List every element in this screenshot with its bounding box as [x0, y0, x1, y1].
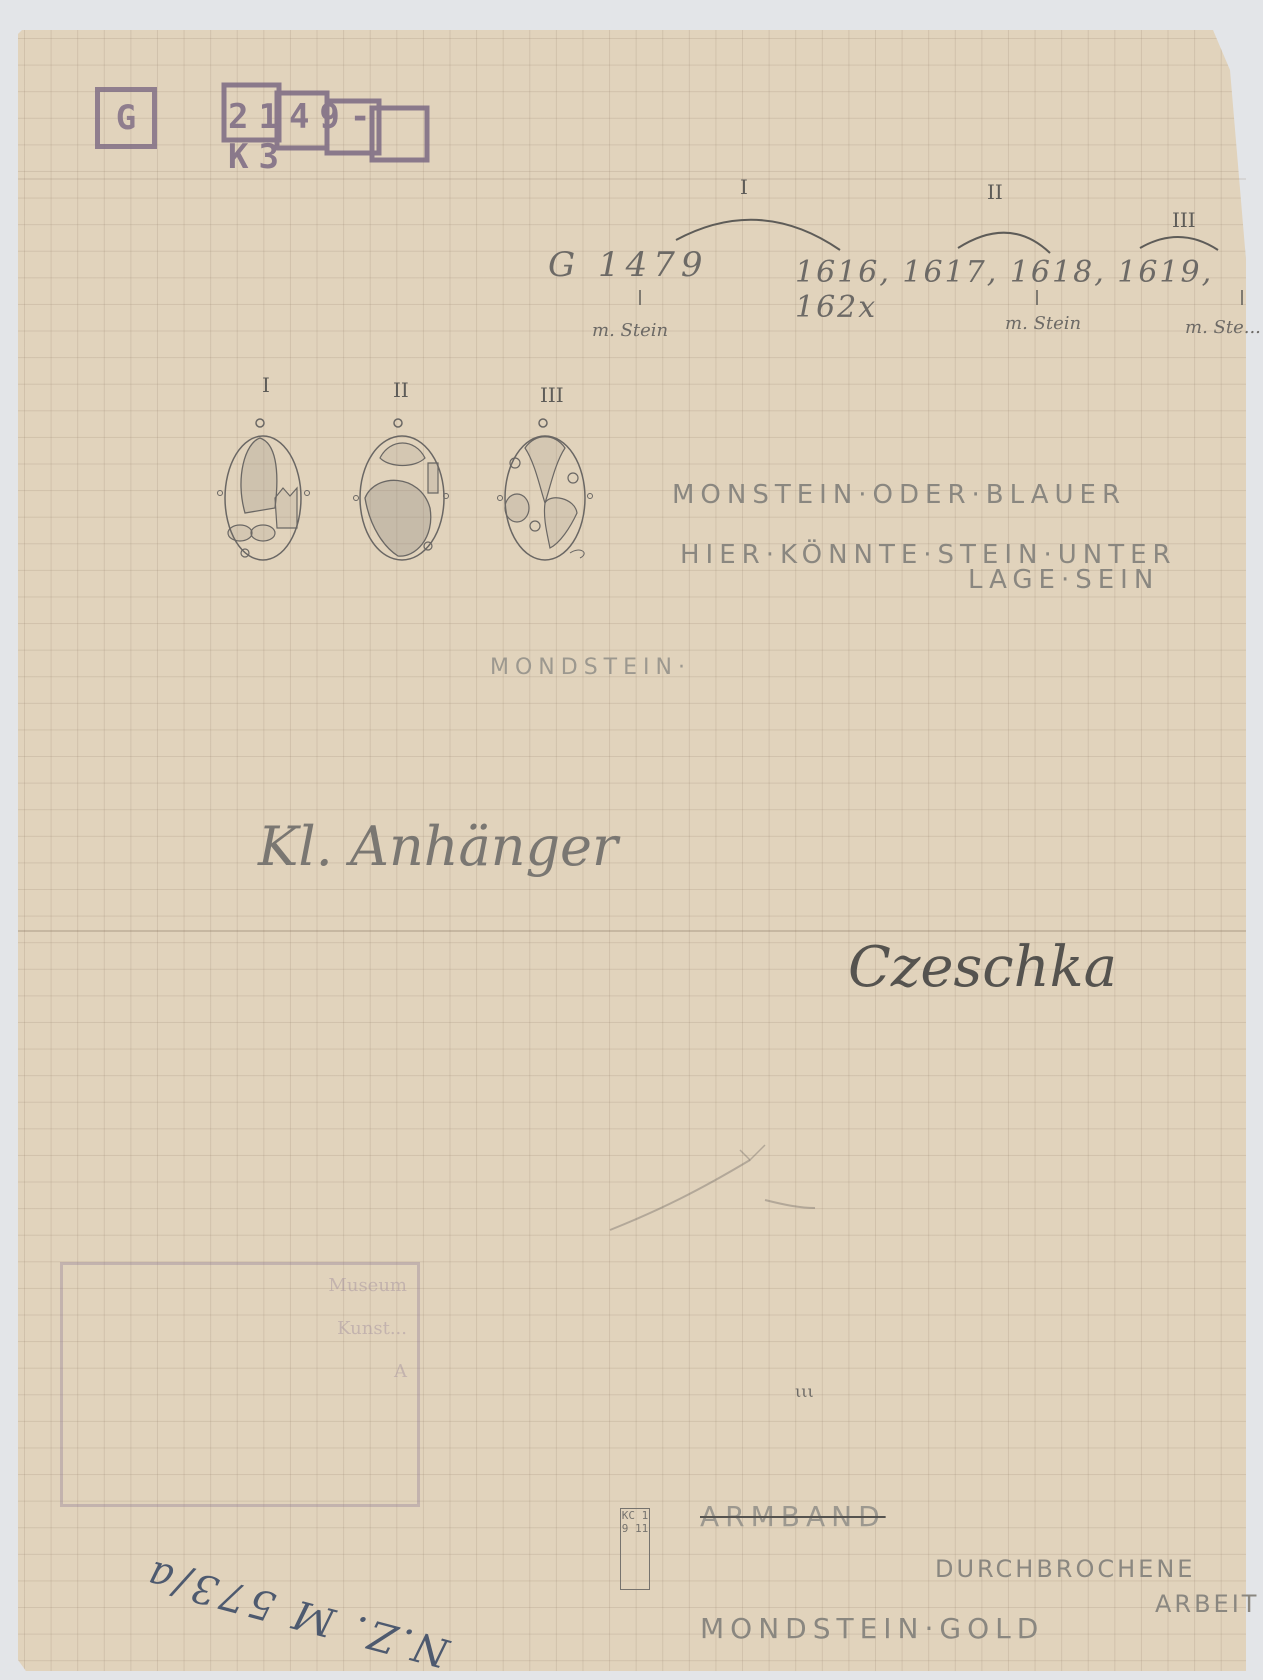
faint-doodle-icon: [600, 1130, 820, 1250]
mondstein-note: MONDSTEIN·: [490, 655, 691, 680]
design-note: m. Stein: [592, 320, 668, 341]
small-scribble: ιιι: [795, 1382, 814, 1401]
artist-monogram-mark: KC 19 11: [620, 1508, 650, 1590]
pendant-sketch-III-icon: [495, 418, 595, 568]
fold-line-middle: [18, 930, 1246, 932]
openwork-note-line2: ARBEIT: [1155, 1590, 1259, 1618]
sketch-label-II: II: [393, 378, 409, 402]
faint-stamp-line-3: A: [73, 1361, 407, 1382]
struck-armband-note: ARMBAND: [700, 1500, 886, 1533]
faint-stamp-line-2: Kunst...: [73, 1318, 407, 1339]
sketch-label-I: I: [262, 373, 270, 397]
material-note: MONDSTEIN·GOLD: [700, 1612, 1044, 1645]
openwork-note-line1: DURCHBROCHENE: [935, 1555, 1195, 1583]
note-group-III: m. Ste...: [1185, 317, 1261, 338]
faint-museum-stamp: Museum Kunst... A: [60, 1262, 420, 1507]
stone-option-note: MONSTEIN·ODER·BLAUER: [672, 480, 1126, 510]
design-number: G 1479: [548, 245, 709, 285]
faint-stamp-line-1: Museum: [73, 1275, 407, 1296]
stone-underlay-note-line2: LAGE·SEIN: [968, 565, 1159, 595]
note-group-II: m. Stein: [1005, 313, 1081, 334]
artist-signature: Czeschka: [848, 935, 1117, 1000]
pendant-sketch-II-icon: [350, 418, 450, 568]
sketch-title: Kl. Anhänger: [258, 815, 618, 878]
pendant-sketch-I-icon: [215, 418, 315, 568]
sketch-label-III: III: [540, 383, 564, 407]
